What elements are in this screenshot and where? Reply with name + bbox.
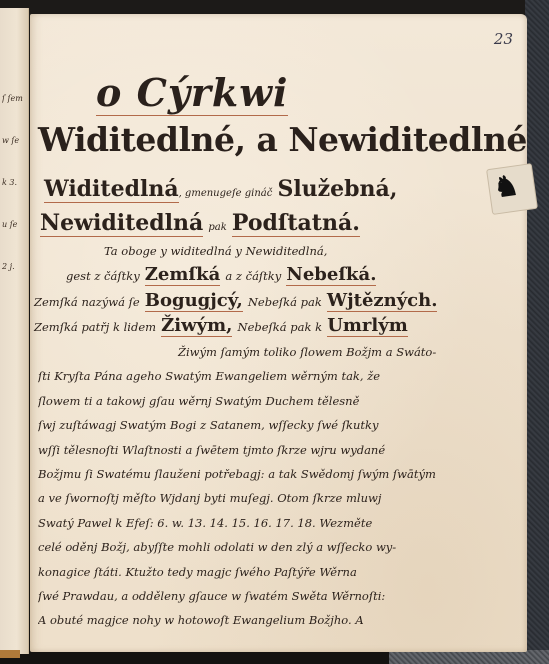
rubric-word: Zemſká bbox=[145, 264, 221, 286]
page-edge-gilt bbox=[0, 650, 20, 658]
text-line: Zemſká patřj k lidem Žiwým, Nebeſká pak … bbox=[34, 315, 408, 336]
heading-line-2: Widitedlné, a Newiditedlné bbox=[38, 120, 527, 159]
text-fragment: Zemſká patřj k lidem bbox=[34, 320, 156, 334]
manuscript-page: 23 ♞ o Cýrkwi Widitedlné, a Newiditedlné… bbox=[30, 14, 527, 652]
body-line: ſlowem ti a takowj gſau wěrnj Swatým Duc… bbox=[38, 389, 508, 413]
rubric-word: Podſtatná. bbox=[232, 210, 360, 237]
text-line: gest z čáſtky Zemſká a z čáſtky Nebeſká. bbox=[66, 264, 376, 285]
rubric-word: Umrlým bbox=[327, 315, 408, 337]
body-line: a ve ſwornoſtj měſto Wjdanj byti muſegj.… bbox=[38, 486, 508, 510]
rubric-word: Nebeſká. bbox=[286, 264, 376, 286]
previous-leaf-edge: ſ ſem w ſe k 3. u ſe 2 j. bbox=[0, 8, 29, 654]
page-tab-marker: ♞ bbox=[486, 163, 538, 215]
body-line: A obuté magjce nohy w hotowoſt Ewangeliu… bbox=[38, 608, 508, 632]
body-text: Žiwým ſamým toliko ſlowem Božjm a Swáto-… bbox=[38, 340, 508, 633]
margin-note: u ſe bbox=[2, 218, 26, 232]
text-fragment: , gmenugeſe gináč bbox=[179, 188, 273, 199]
heading-text: o Cýrkwi bbox=[96, 70, 288, 116]
text-fragment: a z čáſtky bbox=[225, 269, 281, 283]
text-line: Widitedlná, gmenugeſe gináč Služebná, bbox=[44, 176, 397, 202]
body-line: celé oděnj Božj, abyſſte mohli odolati w… bbox=[38, 535, 508, 559]
page-number: 23 bbox=[494, 30, 513, 48]
rubric-word: Služebná, bbox=[277, 176, 397, 202]
manuscript-scan: ſ ſem w ſe k 3. u ſe 2 j. 23 ♞ o Cýrkwi … bbox=[0, 0, 549, 664]
text-fragment: Zemſká nazýwá ſe bbox=[34, 295, 140, 309]
margin-note: ſ ſem bbox=[2, 92, 26, 106]
rubric-word: Bogugjcý, bbox=[145, 290, 243, 312]
margin-note: 2 j. bbox=[2, 260, 26, 274]
body-line: Božjmu ſi Swatému ſlauženi potřebagj: a … bbox=[38, 462, 508, 486]
text-line: Newiditedlná pak Podſtatná. bbox=[40, 210, 360, 236]
body-line: ſwj zuſtáwagj Swatým Bogi z Satanem, wſſ… bbox=[38, 413, 508, 437]
body-line: Swatý Pawel k Efeſ: 6. w. 13. 14. 15. 16… bbox=[38, 511, 508, 535]
rubric-word: Wjtězných. bbox=[327, 290, 438, 312]
body-line: konagice ſtáti. Ktužto tedy magjc ſwého … bbox=[38, 560, 508, 584]
text-fragment: gest z čáſtky bbox=[66, 269, 140, 283]
heading-line-1: o Cýrkwi bbox=[96, 70, 288, 115]
text-line: Zemſká nazýwá ſe Bogugjcý, Nebeſká pak W… bbox=[34, 290, 437, 311]
body-line: Žiwým ſamým toliko ſlowem Božjm a Swáto- bbox=[38, 340, 508, 364]
text-fragment: Nebeſká pak k bbox=[238, 320, 323, 334]
tab-marker-icon: ♞ bbox=[491, 168, 520, 204]
margin-note: k 3. bbox=[2, 176, 26, 190]
text-fragment: pak bbox=[208, 222, 226, 233]
text-fragment: Nebeſká pak bbox=[248, 295, 322, 309]
body-line: wſſi tělesnoſti Wlaſtnosti a ſwētem tjmt… bbox=[38, 438, 508, 462]
margin-notes: ſ ſem w ſe k 3. u ſe 2 j. bbox=[2, 64, 26, 302]
binding-cloth-bottom bbox=[389, 650, 549, 664]
rubric-word: Newiditedlná bbox=[40, 210, 203, 237]
rubric-word: Žiwým, bbox=[161, 315, 232, 337]
body-line: ſti Kryſta Pána ageho Swatým Ewangeliem … bbox=[38, 364, 508, 388]
margin-note: w ſe bbox=[2, 134, 26, 148]
text-line: Ta oboge y widitedlná y Newiditedlná, bbox=[104, 244, 327, 258]
body-line: ſwé Prawdau, a odděleny gſauce w ſwatém … bbox=[38, 584, 508, 608]
binding-cloth bbox=[525, 0, 549, 664]
rubric-word: Widitedlná bbox=[44, 176, 179, 203]
